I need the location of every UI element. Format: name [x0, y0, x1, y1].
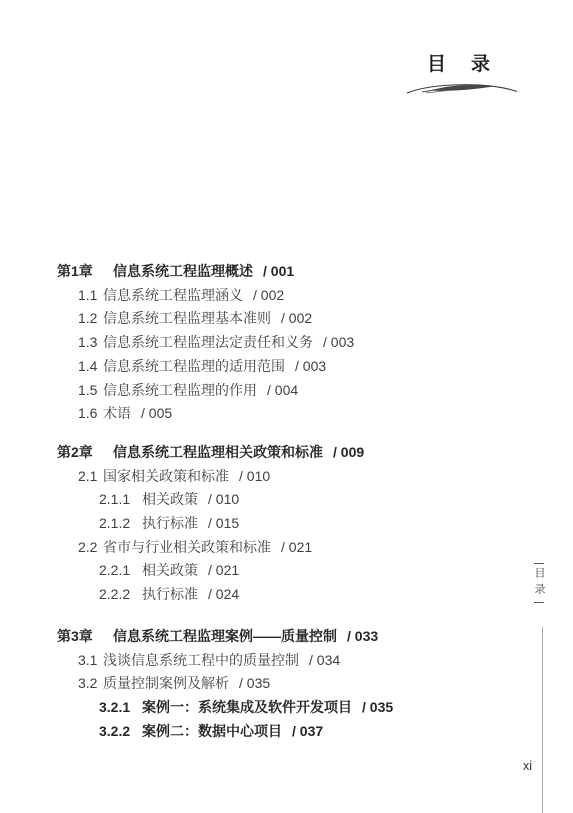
toc-entry-1-4: 1.4信息系统工程监理的适用范围/ 003 — [57, 355, 553, 379]
entry-page: / 010 — [239, 468, 270, 484]
entry-number: 2.1.2 — [99, 512, 142, 536]
entry-number: 第1章 — [57, 260, 113, 284]
entry-number: 第2章 — [57, 441, 113, 465]
toc-chapter-block-3: 第3章信息系统工程监理案例——质量控制/ 033 3.1浅谈信息系统工程中的质量… — [57, 625, 553, 744]
entry-title: 案例一：系统集成及软件开发项目 — [142, 699, 352, 715]
tab-dash-bottom — [534, 602, 544, 603]
toc-entry-3-2-2: 3.2.2案例二：数据中心项目/ 037 — [57, 720, 553, 744]
toc-entry-1-5: 1.5信息系统工程监理的作用/ 004 — [57, 379, 553, 403]
entry-title: 信息系统工程监理概述 — [113, 263, 253, 279]
entry-number: 1.1 — [78, 284, 103, 308]
toc-entry-2-1-1: 2.1.1相关政策/ 010 — [57, 488, 553, 512]
entry-page: / 003 — [295, 358, 326, 374]
toc-entry-2-2-2: 2.2.2执行标准/ 024 — [57, 583, 553, 607]
entry-title: 省市与行业相关政策和标准 — [103, 539, 271, 555]
entry-title: 质量控制案例及解析 — [103, 675, 229, 691]
entry-page: / 003 — [323, 334, 354, 350]
toc-entry-chapter-2: 第2章信息系统工程监理相关政策和标准/ 009 — [57, 441, 553, 465]
entry-number: 2.1.1 — [99, 488, 142, 512]
toc-entry-3-1: 3.1浅谈信息系统工程中的质量控制/ 034 — [57, 649, 553, 673]
page-title: 目 录 — [427, 54, 493, 75]
entry-page: / 009 — [333, 444, 364, 460]
toc-entry-3-2-1: 3.2.1案例一：系统集成及软件开发项目/ 035 — [57, 696, 553, 720]
entry-title: 相关政策 — [142, 491, 198, 507]
entry-title: 相关政策 — [142, 562, 198, 578]
entry-title: 执行标准 — [142, 586, 198, 602]
toc-entry-1-3: 1.3信息系统工程监理法定责任和义务/ 003 — [57, 331, 553, 355]
entry-page: / 035 — [362, 699, 393, 715]
entry-page: / 034 — [309, 652, 340, 668]
toc-entry-chapter-1: 第1章信息系统工程监理概述/ 001 — [57, 260, 553, 284]
entry-title: 术语 — [103, 405, 131, 421]
entry-page: / 033 — [347, 628, 378, 644]
entry-page: / 024 — [208, 586, 239, 602]
toc-entry-2-2-1: 2.2.1相关政策/ 021 — [57, 559, 553, 583]
entry-title: 信息系统工程监理法定责任和义务 — [103, 334, 313, 350]
toc-entry-1-6: 1.6术语/ 005 — [57, 402, 553, 426]
toc-entry-2-1: 2.1国家相关政策和标准/ 010 — [57, 465, 553, 489]
entry-number: 2.1 — [78, 465, 103, 489]
entry-title: 信息系统工程监理涵义 — [103, 287, 243, 303]
toc-entry-2-2: 2.2省市与行业相关政策和标准/ 021 — [57, 536, 553, 560]
margin-tab-label: 目录 — [530, 567, 548, 599]
entry-page: / 037 — [292, 723, 323, 739]
entry-number: 1.6 — [78, 402, 103, 426]
entry-title: 浅谈信息系统工程中的质量控制 — [103, 652, 299, 668]
entry-number: 1.2 — [78, 307, 103, 331]
toc-entry-1-1: 1.1信息系统工程监理涵义/ 002 — [57, 284, 553, 308]
entry-number: 第3章 — [57, 625, 113, 649]
entry-title: 信息系统工程监理相关政策和标准 — [113, 444, 323, 460]
entry-page: / 010 — [208, 491, 239, 507]
entry-number: 1.3 — [78, 331, 103, 355]
toc-entry-1-2: 1.2信息系统工程监理基本准则/ 002 — [57, 307, 553, 331]
entry-title: 信息系统工程监理的适用范围 — [103, 358, 285, 374]
toc-page: 目 录 第1章信息系统工程监理概述/ 001 1.1信息系统工程监理涵义/ 00… — [0, 0, 573, 813]
entry-number: 3.2.1 — [99, 696, 142, 720]
entry-title: 信息系统工程监理基本准则 — [103, 310, 271, 326]
entry-page: / 004 — [267, 382, 298, 398]
brush-stroke-decoration — [406, 78, 518, 96]
entry-title: 执行标准 — [142, 515, 198, 531]
entry-number: 2.2.1 — [99, 559, 142, 583]
entry-number: 1.5 — [78, 379, 103, 403]
entry-page: / 002 — [253, 287, 284, 303]
entry-title: 信息系统工程监理案例——质量控制 — [113, 628, 337, 644]
page-number: xi — [506, 759, 532, 773]
entry-number: 1.4 — [78, 355, 103, 379]
tab-dash-top — [534, 563, 544, 564]
table-of-contents: 第1章信息系统工程监理概述/ 001 1.1信息系统工程监理涵义/ 002 1.… — [57, 260, 553, 743]
toc-entry-chapter-3: 第3章信息系统工程监理案例——质量控制/ 033 — [57, 625, 553, 649]
entry-page: / 015 — [208, 515, 239, 531]
entry-title: 信息系统工程监理的作用 — [103, 382, 257, 398]
entry-number: 3.2 — [78, 672, 103, 696]
entry-page: / 005 — [141, 405, 172, 421]
toc-entry-3-2: 3.2质量控制案例及解析/ 035 — [57, 672, 553, 696]
margin-chapter-tab: 目录 — [530, 563, 548, 603]
toc-entry-2-1-2: 2.1.2执行标准/ 015 — [57, 512, 553, 536]
toc-chapter-block-2: 第2章信息系统工程监理相关政策和标准/ 009 2.1国家相关政策和标准/ 01… — [57, 441, 553, 607]
entry-page: / 002 — [281, 310, 312, 326]
toc-chapter-block-1: 第1章信息系统工程监理概述/ 001 1.1信息系统工程监理涵义/ 002 1.… — [57, 260, 553, 426]
entry-number: 2.2.2 — [99, 583, 142, 607]
entry-number: 2.2 — [78, 536, 103, 560]
entry-page: / 035 — [239, 675, 270, 691]
entry-number: 3.1 — [78, 649, 103, 673]
entry-title: 案例二：数据中心项目 — [142, 723, 282, 739]
entry-page: / 021 — [281, 539, 312, 555]
entry-title: 国家相关政策和标准 — [103, 468, 229, 484]
entry-page: / 021 — [208, 562, 239, 578]
entry-page: / 001 — [263, 263, 294, 279]
entry-number: 3.2.2 — [99, 720, 142, 744]
margin-rule — [542, 627, 543, 813]
